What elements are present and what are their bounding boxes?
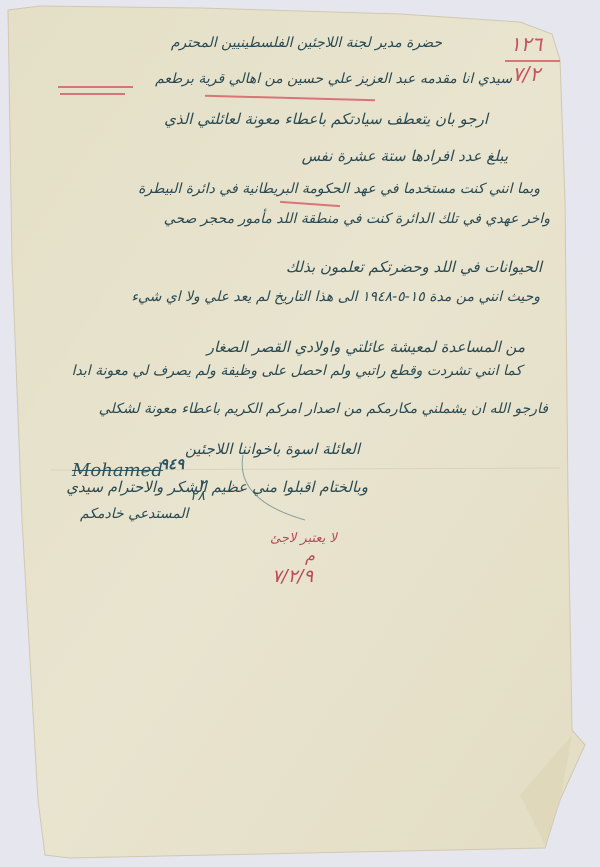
paper-sheet bbox=[0, 0, 600, 867]
village-underline bbox=[58, 86, 133, 88]
subject-line: سيدي انا مقدمه عبد العزيز علي حسين من اه… bbox=[155, 70, 512, 88]
body-line: الحيوانات في اللد وحضرتكم تعلمون بذلك bbox=[286, 258, 542, 276]
document-page: ١٢٦ ٧/٢ حضرة مدير لجنة اللاجئين الفلسطين… bbox=[0, 0, 600, 867]
red-note-line-2: م bbox=[305, 547, 315, 565]
red-note-line-1: لا يعتبر لاجئ bbox=[270, 530, 337, 548]
red-note-date: ٧/٢/٩ bbox=[272, 568, 313, 586]
body-line: كما انني تشردت وقطع راتبي ولم احصل على و… bbox=[72, 362, 522, 380]
signature-scribble: Mohamed bbox=[72, 460, 163, 481]
page-fraction-annotation: ٧/٢ bbox=[512, 62, 540, 86]
body-line: من المساعدة لمعيشة عائلتي واولادي القصر … bbox=[207, 338, 525, 356]
body-line: العائلة اسوة باخواننا اللاجئين bbox=[185, 440, 360, 458]
village-underline-2 bbox=[60, 93, 125, 95]
addressee-line: حضرة مدير لجنة اللاجئين الفلسطينيين المح… bbox=[171, 34, 442, 52]
body-line: وحيث انني من مدة ١٥-٥-١٩٤٨ الى هذا التار… bbox=[131, 288, 540, 306]
signatory-name: المستدعي خادمكم bbox=[80, 505, 189, 523]
body-line: واخر عهدي في تلك الدائرة كنت في منطقة ال… bbox=[164, 210, 550, 228]
body-line: يبلغ عدد افرادها ستة عشرة نفس bbox=[302, 147, 508, 165]
date-day: ٢٨ bbox=[190, 488, 205, 504]
page-number-annotation: ١٢٦ bbox=[510, 32, 542, 56]
body-line: وبما انني كنت مستخدما في عهد الحكومة الب… bbox=[138, 180, 540, 198]
body-line: فارجو الله ان يشملني مكارمكم من اصدار ام… bbox=[99, 400, 548, 418]
date-year: ٩٤٩ bbox=[160, 455, 184, 473]
body-line: ارجو بان يتعطف سيادتكم باعطاء معونة لعائ… bbox=[164, 110, 488, 128]
